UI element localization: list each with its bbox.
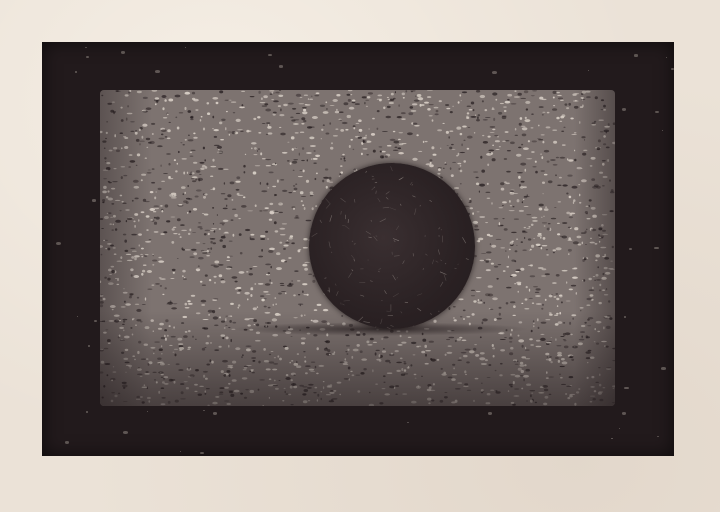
plate-speck bbox=[200, 452, 204, 454]
plate-speck bbox=[622, 412, 627, 415]
plate-speck bbox=[629, 248, 632, 250]
print-plate bbox=[42, 42, 674, 456]
plate-speck bbox=[213, 412, 217, 414]
plate-speck bbox=[624, 316, 626, 317]
plate-speck bbox=[279, 65, 283, 67]
plate-speck bbox=[121, 51, 126, 54]
circle-scratches bbox=[309, 163, 475, 329]
plate-speck bbox=[86, 56, 89, 58]
plate-speck bbox=[123, 431, 128, 434]
plate-speck bbox=[588, 70, 589, 71]
plate-speck bbox=[655, 111, 658, 113]
dark-circle bbox=[309, 163, 475, 329]
plate-speck bbox=[147, 411, 149, 412]
plate-speck bbox=[180, 451, 182, 452]
plate-speck bbox=[92, 199, 96, 201]
plate-speck bbox=[662, 130, 663, 131]
plate-speck bbox=[622, 108, 626, 110]
plate-speck bbox=[56, 242, 61, 245]
plate-speck bbox=[654, 247, 659, 250]
plate-speck bbox=[611, 438, 612, 439]
textured-field bbox=[100, 90, 615, 406]
plate-speck bbox=[407, 422, 410, 424]
plate-speck bbox=[94, 320, 97, 322]
plate-speck bbox=[88, 345, 90, 346]
plate-speck bbox=[185, 47, 186, 48]
plate-speck bbox=[86, 411, 88, 412]
plate-speck bbox=[619, 428, 621, 429]
plate-speck bbox=[77, 316, 78, 317]
plate-speck bbox=[85, 47, 87, 48]
plate-speck bbox=[634, 54, 638, 56]
plate-speck bbox=[671, 68, 674, 70]
plate-speck bbox=[661, 367, 665, 370]
plate-speck bbox=[492, 71, 497, 74]
plate-speck bbox=[268, 54, 272, 56]
plate-speck bbox=[488, 412, 492, 414]
paper-background bbox=[0, 0, 720, 512]
plate-speck bbox=[666, 57, 667, 58]
plate-speck bbox=[657, 436, 659, 437]
plate-speck bbox=[65, 441, 70, 444]
plate-speck bbox=[75, 71, 77, 72]
plate-speck bbox=[203, 410, 205, 411]
plate-speck bbox=[155, 70, 160, 73]
plate-speck bbox=[624, 387, 629, 390]
